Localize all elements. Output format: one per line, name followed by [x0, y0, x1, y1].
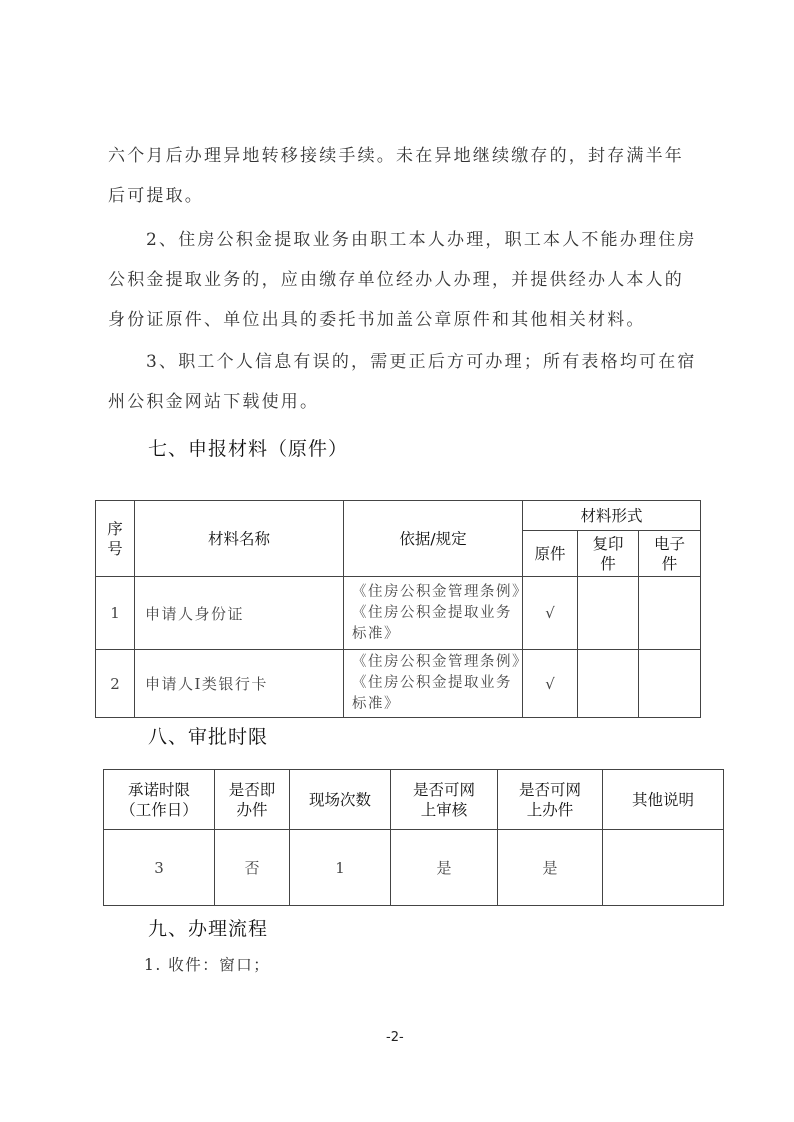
header-onsite-count: 现场次数 — [290, 770, 391, 830]
approval-time-table: 承诺时限（工作日） 是否即办件 现场次数 是否可网上审核 是否可网上办件 其他说… — [103, 769, 724, 906]
header-electronic: 电子件 — [639, 531, 701, 577]
header-online-review: 是否可网上审核 — [391, 770, 498, 830]
table-row: 3 否 1 是 是 — [104, 830, 724, 906]
cell-other-notes — [603, 830, 724, 906]
header-form: 材料形式 — [523, 501, 701, 531]
header-name: 材料名称 — [135, 501, 344, 577]
cell-basis: 《住房公积金管理条例》《住房公积金提取业务标准》 — [344, 650, 523, 718]
cell-name: 申请人I类银行卡 — [135, 650, 344, 718]
cell-no: 2 — [96, 650, 135, 718]
materials-table: 序号 材料名称 依据/规定 材料形式 原件 复印件 电子件 1 申请人身份证 《… — [95, 500, 701, 718]
cell-copy — [578, 650, 639, 718]
cell-copy — [578, 577, 639, 650]
header-copy: 复印件 — [578, 531, 639, 577]
cell-basis: 《住房公积金管理条例》《住房公积金提取业务标准》 — [344, 577, 523, 650]
cell-online-handling: 是 — [498, 830, 603, 906]
table-row: 1 申请人身份证 《住房公积金管理条例》《住房公积金提取业务标准》 √ — [96, 577, 701, 650]
section-8-title: 八、审批时限 — [148, 722, 268, 749]
header-instant: 是否即办件 — [215, 770, 290, 830]
cell-electronic — [639, 577, 701, 650]
cell-original: √ — [523, 650, 578, 718]
header-no: 序号 — [96, 501, 135, 577]
paragraph-continuation: 六个月后办理异地转移接续手续。未在异地继续缴存的，封存满半年后可提取。 — [108, 136, 698, 216]
cell-instant: 否 — [215, 830, 290, 906]
paragraph-note-3: 3、职工个人信息有误的，需更正后方可办理；所有表格均可在宿州公积金网站下载使用。 — [108, 342, 698, 422]
header-basis: 依据/规定 — [344, 501, 523, 577]
cell-promised-days: 3 — [104, 830, 215, 906]
header-promised-days: 承诺时限（工作日） — [104, 770, 215, 830]
paragraph-note-2: 2、住房公积金提取业务由职工本人办理，职工本人不能办理住房公积金提取业务的，应由… — [108, 220, 698, 340]
header-online-handling: 是否可网上办件 — [498, 770, 603, 830]
section-7-title: 七、申报材料（原件） — [148, 434, 348, 461]
cell-name: 申请人身份证 — [135, 577, 344, 650]
header-original: 原件 — [523, 531, 578, 577]
table-row: 2 申请人I类银行卡 《住房公积金管理条例》《住房公积金提取业务标准》 √ — [96, 650, 701, 718]
header-other-notes: 其他说明 — [603, 770, 724, 830]
process-step: 1. 收件：窗口； — [144, 953, 270, 975]
cell-electronic — [639, 650, 701, 718]
page-number: -2- — [386, 1030, 404, 1045]
cell-no: 1 — [96, 577, 135, 650]
section-9-title: 九、办理流程 — [148, 914, 268, 941]
cell-original: √ — [523, 577, 578, 650]
cell-onsite-count: 1 — [290, 830, 391, 906]
cell-online-review: 是 — [391, 830, 498, 906]
